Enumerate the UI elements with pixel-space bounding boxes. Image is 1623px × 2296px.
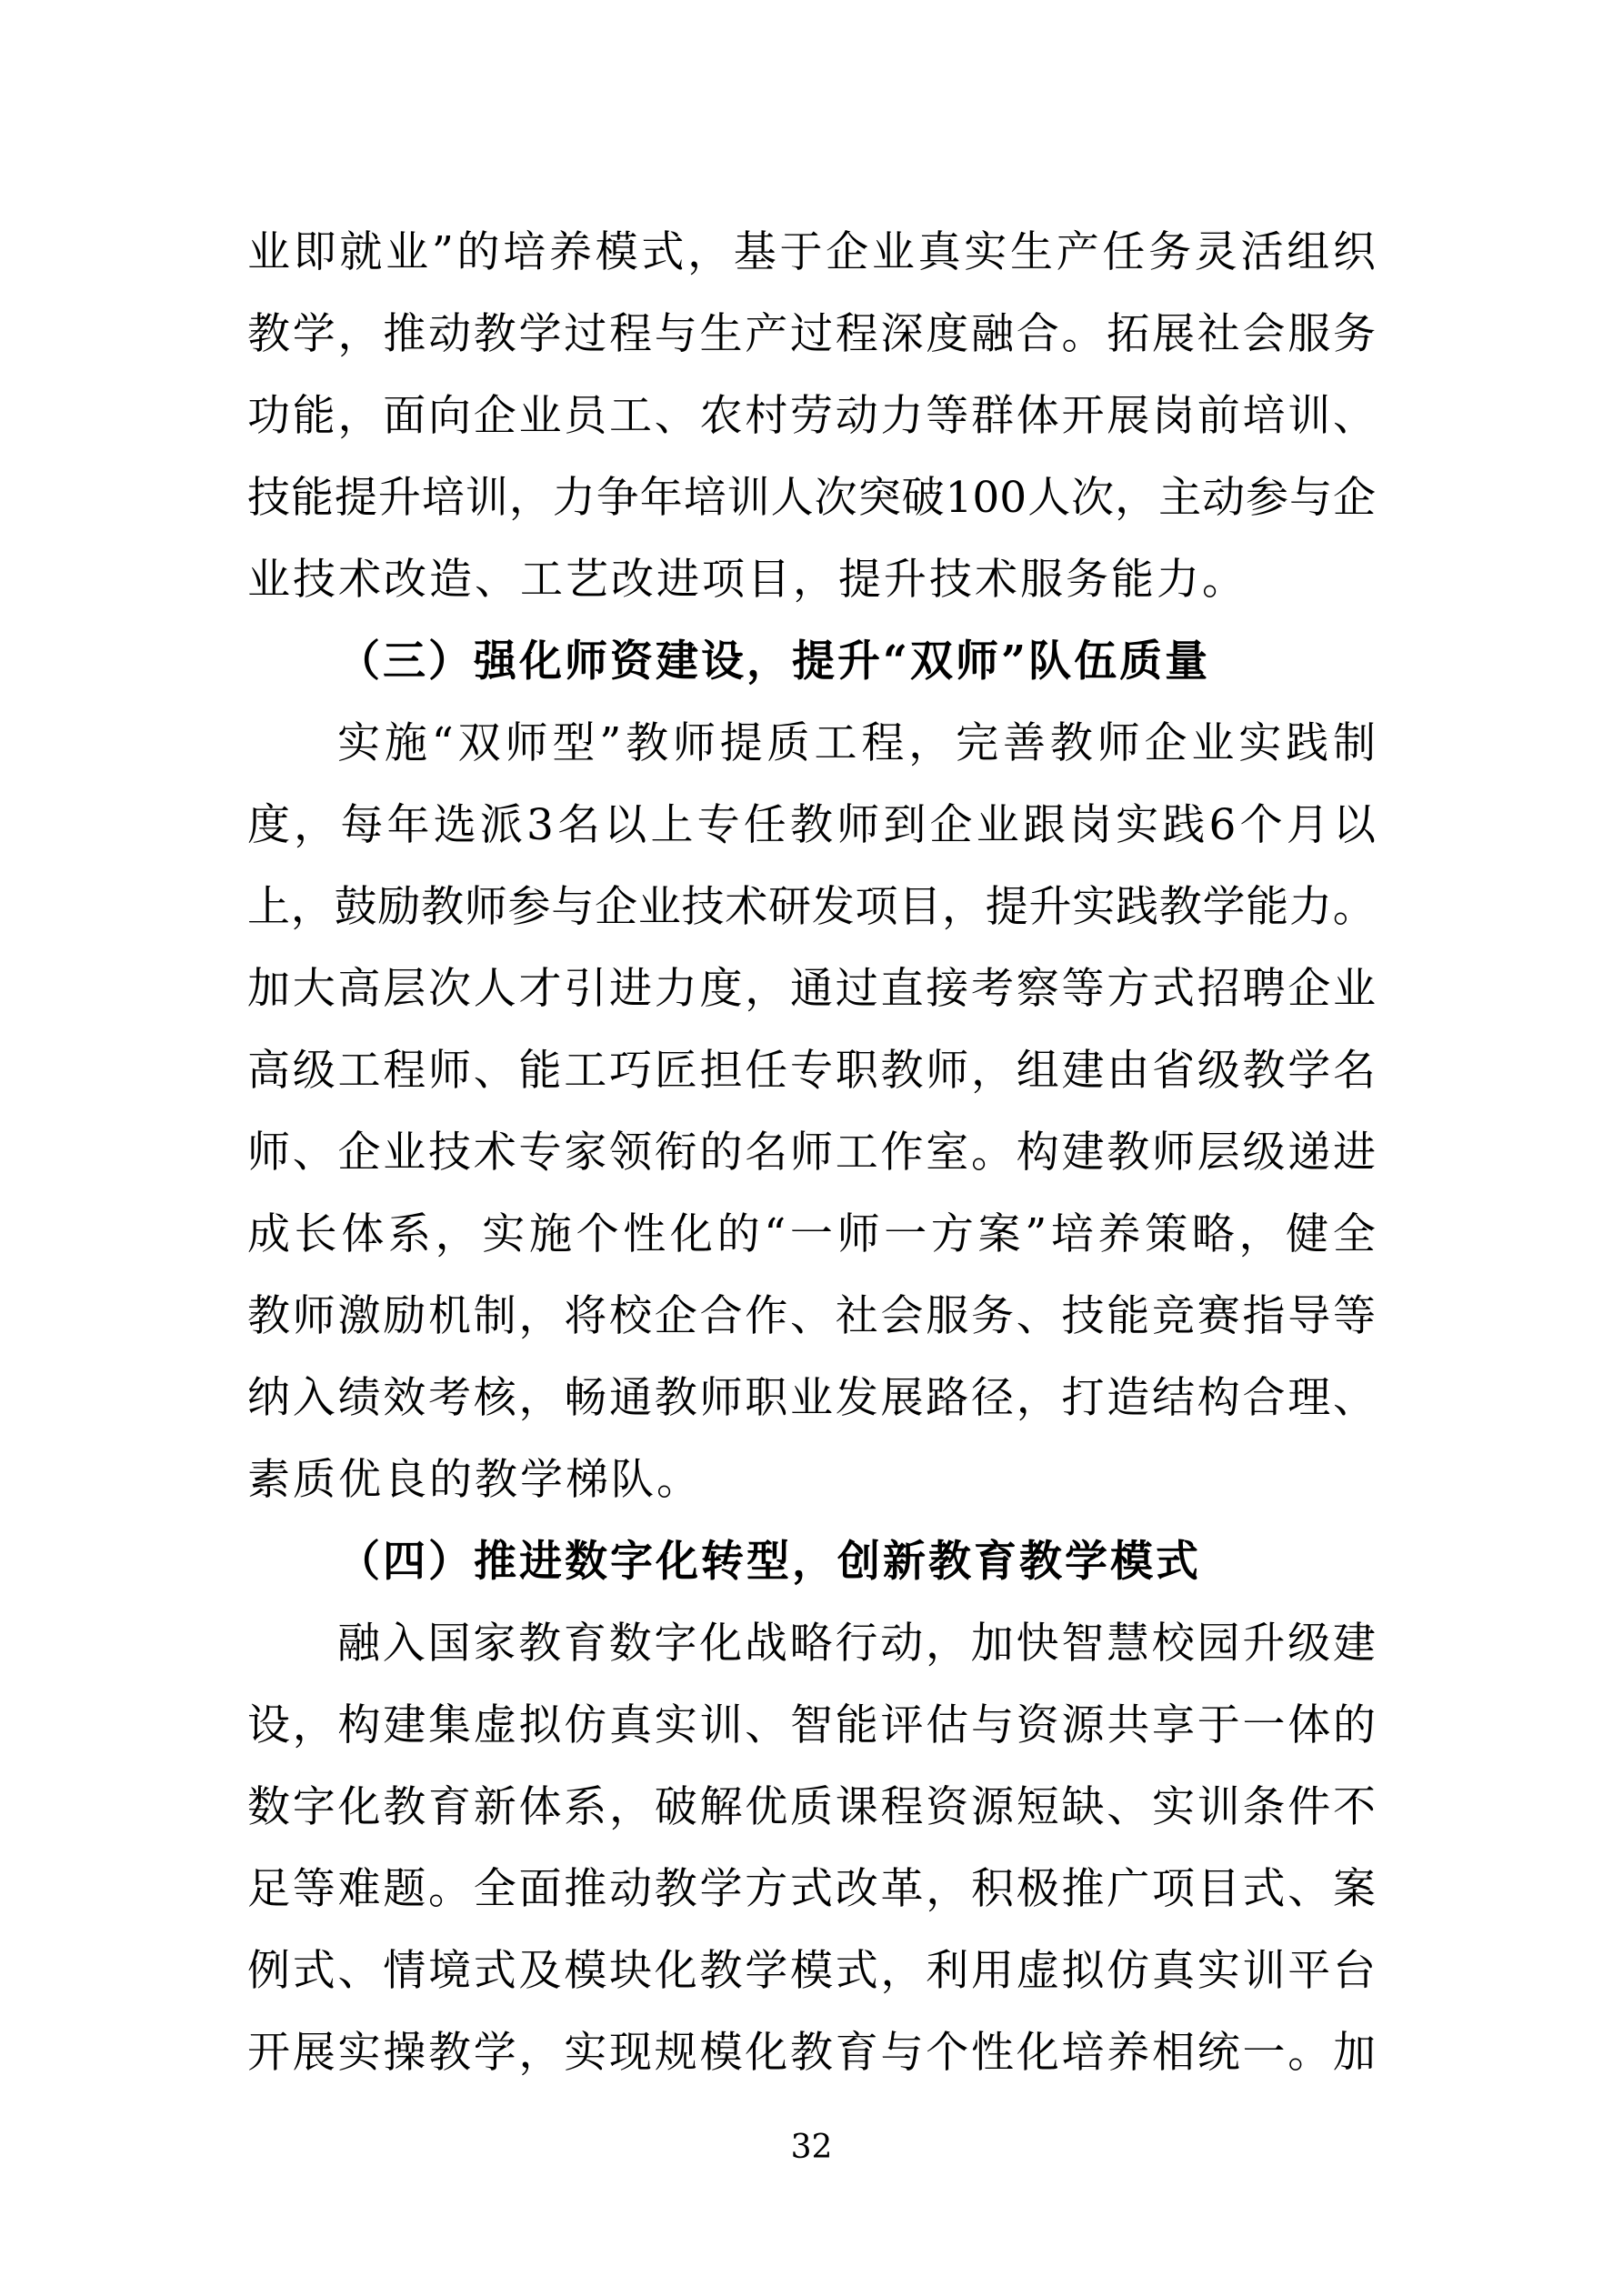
text-line: 素质优良的教学梯队。: [247, 1439, 1376, 1520]
text-line: 纳入绩效考核，畅通教师职业发展路径，打造结构合理、: [247, 1357, 1376, 1439]
text-line: 加大高层次人才引进力度，通过直接考察等方式招聘企业: [247, 947, 1376, 1029]
text-line: 成长体系，实施个性化的“一师一方案”培养策略，健全: [247, 1193, 1376, 1275]
text-line: 上，鼓励教师参与企业技术研发项目，提升实践教学能力。: [247, 866, 1376, 947]
heading-line: （四）推进数字化转型，创新教育教学模式: [247, 1520, 1376, 1602]
text-line: 融入国家教育数字化战略行动，加快智慧校园升级建: [247, 1602, 1376, 1684]
text-line: 实施“双师型”教师提质工程，完善教师企业实践制: [247, 702, 1376, 784]
text-line: 教学，推动教学过程与生产过程深度融合。拓展社会服务: [247, 293, 1376, 375]
text-line: 业即就业”的培养模式，基于企业真实生产任务灵活组织: [247, 211, 1376, 293]
heading-line: （三）强化师资建设，提升“双师”队伍质量: [247, 620, 1376, 702]
text-line: 设，构建集虚拟仿真实训、智能评估与资源共享于一体的: [247, 1684, 1376, 1766]
text-block: 业即就业”的培养模式，基于企业真实生产任务灵活组织教学，推动教学过程与生产过程深…: [247, 211, 1376, 2093]
page-number: 32: [0, 2128, 1623, 2168]
document-page: 业即就业”的培养模式，基于企业真实生产任务灵活组织教学，推动教学过程与生产过程深…: [0, 0, 1623, 2296]
text-line: 数字化教育新体系，破解优质课程资源短缺、实训条件不: [247, 1766, 1376, 1848]
text-line: 足等难题。全面推动教学方式改革，积极推广项目式、案: [247, 1848, 1376, 1930]
text-line: 开展实操教学，实现规模化教育与个性化培养相统一。加: [247, 2011, 1376, 2093]
text-line: 教师激励机制，将校企合作、社会服务、技能竞赛指导等: [247, 1275, 1376, 1357]
text-line: 功能，面向企业员工、农村劳动力等群体开展岗前培训、: [247, 375, 1376, 456]
text-line: 例式、情境式及模块化教学模式，利用虚拟仿真实训平台: [247, 1930, 1376, 2011]
text-line: 业技术改造、工艺改进项目，提升技术服务能力。: [247, 538, 1376, 620]
text-line: 高级工程师、能工巧匠担任专职教师，组建由省级教学名: [247, 1029, 1376, 1111]
text-line: 师、企业技术专家领衔的名师工作室。构建教师层级递进: [247, 1111, 1376, 1193]
text-line: 技能提升培训，力争年培训人次突破100人次，主动参与企: [247, 456, 1376, 538]
text-line: 度，每年选派3名以上专任教师到企业跟岗实践6个月以: [247, 784, 1376, 866]
